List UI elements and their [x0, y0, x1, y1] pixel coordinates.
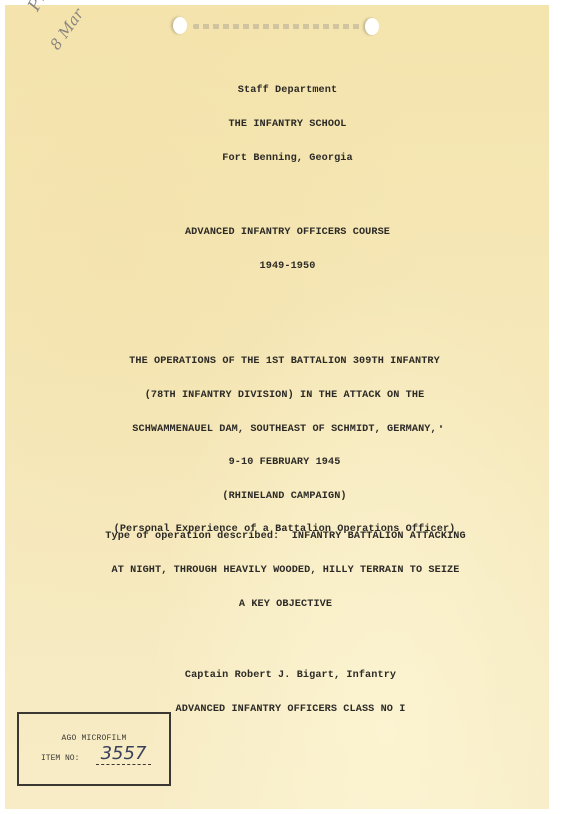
header-line: Staff Department — [0, 85, 575, 96]
title-line: (RHINELAND CAMPAIGN) — [0, 491, 572, 502]
course-name: ADVANCED INFANTRY OFFICERS COURSE — [0, 227, 575, 238]
course-year: 1949-1950 — [0, 261, 575, 272]
binding-smudge — [193, 24, 363, 29]
title-line: THE OPERATIONS OF THE 1ST BATTALION 309T… — [0, 356, 572, 367]
title-line: SCHWAMMENAUEL DAM, SOUTHEAST OF SCHMIDT,… — [0, 424, 572, 435]
punch-hole-left — [173, 17, 187, 34]
paper-speck — [440, 425, 442, 428]
operation-type-line: AT NIGHT, THROUGH HEAVILY WOODED, HILLY … — [0, 565, 573, 576]
title-line: 9-10 FEBRUARY 1945 — [0, 457, 572, 468]
operation-type-block: Type of operation described: INFANTRY BA… — [0, 509, 573, 621]
header-block: Staff Department THE INFANTRY SCHOOL For… — [0, 63, 575, 175]
stamp-item-label: ITEM NO: — [41, 754, 79, 763]
punch-hole-right — [365, 18, 379, 35]
stamp-title: AGO MICROFILM — [19, 734, 169, 743]
header-line: Fort Benning, Georgia — [0, 153, 575, 164]
title-line: (78TH INFANTRY DIVISION) IN THE ATTACK O… — [0, 390, 572, 401]
operation-type-line: A KEY OBJECTIVE — [0, 599, 573, 610]
course-block: ADVANCED INFANTRY OFFICERS COURSE 1949-1… — [0, 205, 575, 283]
operation-type-line: Type of operation described: INFANTRY BA… — [0, 531, 573, 542]
microfilm-stamp: AGO MICROFILM ITEM NO: 3557 — [17, 712, 171, 786]
header-line: THE INFANTRY SCHOOL — [0, 119, 575, 130]
stamp-item-number: 3557 — [96, 744, 151, 765]
author-name: Captain Robert J. Bigart, Infantry — [3, 670, 575, 681]
